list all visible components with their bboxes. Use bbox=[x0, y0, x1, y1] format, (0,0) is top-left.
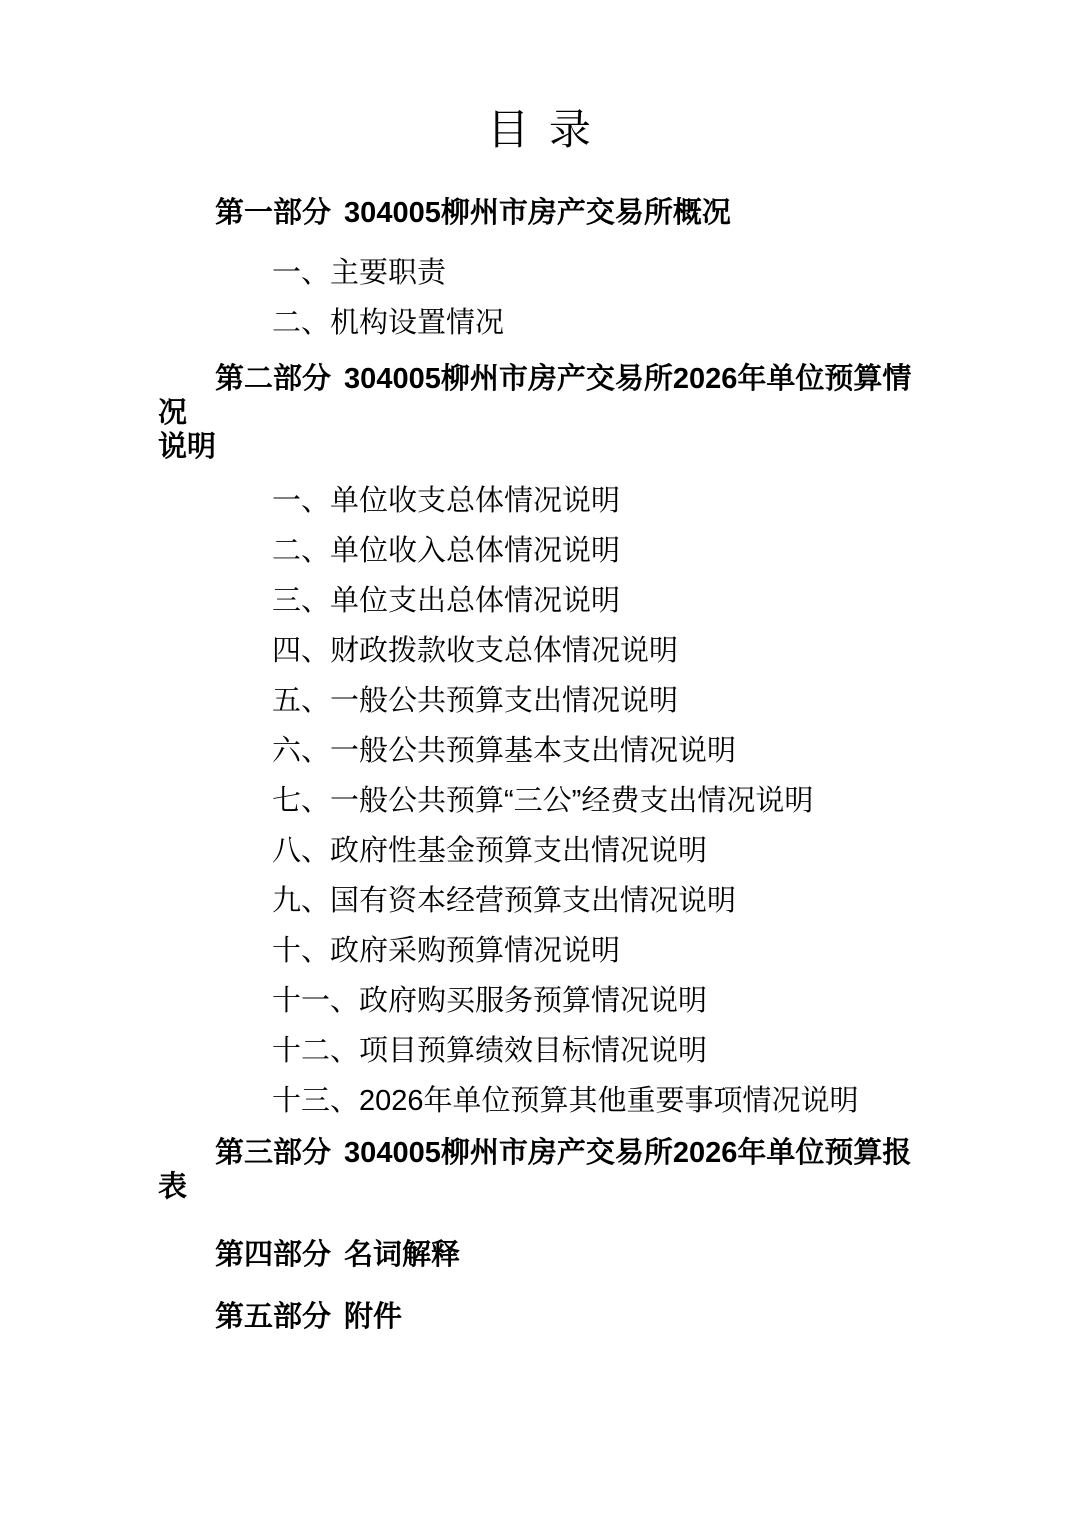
toc-item: 四、财政拨款收支总体情况说明 bbox=[158, 626, 920, 676]
toc-item: 十二、项目预算绩效目标情况说明 bbox=[158, 1026, 920, 1076]
part-4-heading: 第四部分 名词解释 bbox=[158, 1238, 920, 1272]
toc-item: 八、政府性基金预算支出情况说明 bbox=[158, 826, 920, 876]
toc-item: 三、单位支出总体情况说明 bbox=[158, 576, 920, 626]
part-2-heading-line-1: 第二部分 304005柳州市房产交易所2026年单位预算情况 bbox=[158, 363, 911, 429]
toc-item: 十、政府采购预算情况说明 bbox=[158, 926, 920, 976]
toc-item: 十一、政府购买服务预算情况说明 bbox=[158, 976, 920, 1026]
part-5-heading: 第五部分 附件 bbox=[158, 1300, 920, 1334]
doc-title: 目 录 bbox=[158, 104, 920, 156]
toc-item: 二、单位收入总体情况说明 bbox=[158, 526, 920, 576]
document-page: 目 录 第一部分 304005柳州市房产交易所概况 一、主要职责 二、机构设置情… bbox=[0, 0, 1074, 1520]
part-1-heading: 第一部分 304005柳州市房产交易所概况 bbox=[158, 196, 920, 230]
toc-item: 十三、2026年单位预算其他重要事项情况说明 bbox=[158, 1076, 920, 1126]
toc-item: 一、主要职责 bbox=[158, 248, 920, 298]
toc-item: 六、一般公共预算基本支出情况说明 bbox=[158, 726, 920, 776]
toc-item: 七、一般公共预算“三公”经费支出情况说明 bbox=[158, 776, 920, 826]
toc-item: 五、一般公共预算支出情况说明 bbox=[158, 676, 920, 726]
toc-item: 一、单位收支总体情况说明 bbox=[158, 476, 920, 526]
part-2-heading-line-2: 说明 bbox=[158, 431, 216, 463]
part-2-heading: 第二部分 304005柳州市房产交易所2026年单位预算情况说明 bbox=[158, 362, 920, 464]
part-3-heading: 第三部分 304005柳州市房产交易所2026年单位预算报表 bbox=[158, 1136, 920, 1204]
toc-item: 九、国有资本经营预算支出情况说明 bbox=[158, 876, 920, 926]
toc-item: 二、机构设置情况 bbox=[158, 298, 920, 348]
